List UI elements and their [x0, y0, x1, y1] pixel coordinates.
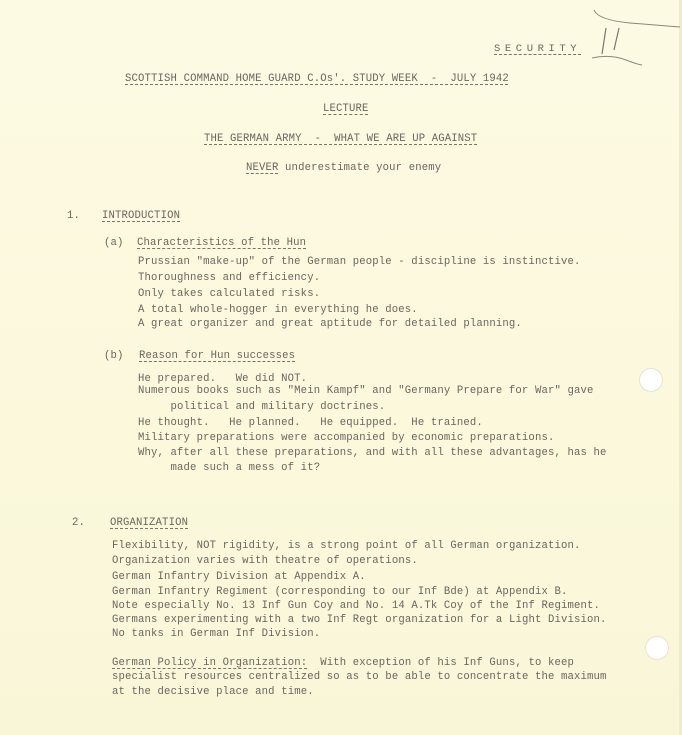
policy-text-1: With exception of his Inf Guns, to keep	[307, 657, 574, 669]
reason-line-2: Numerous books such as "Mein Kampf" and …	[138, 385, 594, 398]
section-1-heading: INTRODUCTION	[102, 210, 180, 223]
reason-line-5: Military preparations were accompanied b…	[138, 432, 554, 445]
event-title: SCOTTISH COMMAND HOME GUARD C.Os'. STUDY…	[125, 73, 509, 86]
handwritten-mark-icon	[590, 6, 682, 66]
section-2-number: 2.	[72, 517, 85, 530]
char-line-2: Thoroughness and efficiency.	[138, 272, 320, 285]
punch-hole-icon	[639, 368, 663, 392]
org-line-1: Flexibility, NOT rigidity, is a strong p…	[112, 540, 581, 553]
org-line-7: No tanks in German Inf Division.	[112, 628, 320, 641]
char-line-5: A great organizer and great aptitude for…	[138, 318, 522, 331]
punch-hole-icon	[645, 636, 669, 660]
policy-line-1: German Policy in Organization: With exce…	[112, 657, 574, 670]
reason-line-6: Why, after all these preparations, and w…	[138, 447, 607, 460]
reason-line-4: He thought. He planned. He equipped. He …	[138, 417, 483, 430]
reason-line-3: political and military doctrines.	[138, 401, 385, 414]
org-line-6: Germans experimenting with a two Inf Reg…	[112, 614, 607, 627]
section-2-heading: ORGANIZATION	[110, 517, 188, 530]
subsection-b-heading: Reason for Hun successes	[139, 350, 295, 363]
org-line-2: Organization varies with theatre of oper…	[112, 555, 418, 568]
org-line-4: German Infantry Regiment (corresponding …	[112, 586, 568, 599]
char-line-3: Only takes calculated risks.	[138, 288, 320, 301]
reason-line-7: made such a mess of it?	[138, 462, 320, 475]
org-line-5: Note especially No. 13 Inf Gun Coy and N…	[112, 600, 600, 613]
subsection-a-heading: Characteristics of the Hun	[137, 237, 306, 250]
policy-line-2: specialist resources centralized so as t…	[112, 671, 607, 684]
char-line-1: Prussian "make-up" of the German people …	[138, 256, 581, 269]
section-1-number: 1.	[67, 210, 80, 223]
subtitle-text: underestimate your enemy	[279, 162, 442, 174]
subsection-b-label: (b)	[104, 350, 124, 363]
lecture-subtitle: NEVER underestimate your enemy	[246, 162, 441, 175]
lecture-title: THE GERMAN ARMY - WHAT WE ARE UP AGAINST	[204, 133, 477, 146]
char-line-4: A total whole-hogger in everything he do…	[138, 304, 418, 317]
policy-line-3: at the decisive place and time.	[112, 686, 314, 699]
subtitle-emphasis: NEVER	[246, 162, 279, 174]
org-line-3: German Infantry Division at Appendix A.	[112, 571, 366, 584]
document-type: LECTURE	[323, 103, 369, 116]
subsection-a-label: (a)	[104, 237, 124, 250]
policy-label: German Policy in Organization:	[112, 657, 307, 669]
document-page: SECURITY SCOTTISH COMMAND HOME GUARD C.O…	[0, 0, 682, 735]
security-classification: SECURITY	[494, 43, 581, 56]
